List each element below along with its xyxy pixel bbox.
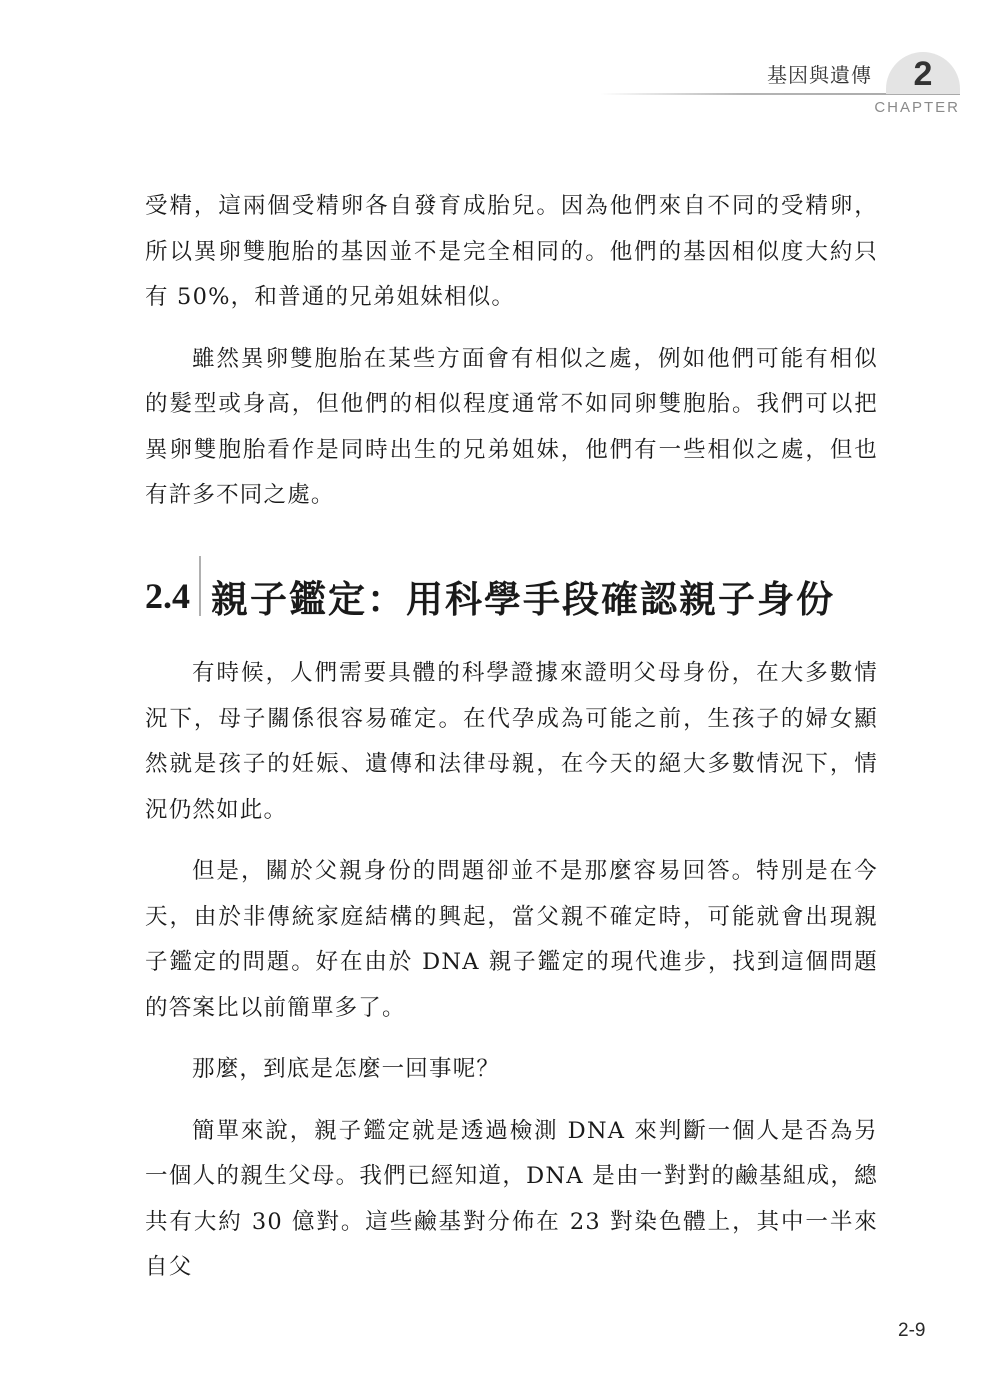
section-title: 親子鑑定：用科學手段確認親子身份 [211, 569, 835, 623]
paragraph: 受精，這兩個受精卵各自發育成胎兒。因為他們來自不同的受精卵，所以異卵雙胞胎的基因… [145, 184, 878, 321]
paragraph: 但是，關於父親身份的問題卻並不是那麼容易回答。特別是在今天，由於非傳統家庭結構的… [145, 849, 878, 1031]
section-divider [199, 556, 201, 616]
paragraph-spacer [145, 321, 878, 337]
page-number: 2-9 [898, 1320, 925, 1342]
section-heading: 2.4 親子鑑定：用科學手段確認親子身份 [145, 566, 835, 626]
paragraph: 雖然異卵雙胞胎在某些方面會有相似之處，例如他們可能有相似的髮型或身高，但他們的相… [145, 337, 878, 519]
paragraph: 那麼，到底是怎麼一回事呢？ [145, 1047, 878, 1093]
chapter-label: CHAPTER [874, 99, 960, 117]
chapter-number: 2 [886, 54, 960, 94]
paragraph: 有時候，人們需要具體的科學證據來證明父母身份，在大多數情況下，母子關係很容易確定… [145, 651, 878, 833]
section-number: 2.4 [145, 575, 190, 617]
running-header: 2 基因與遺傳 CHAPTER [0, 0, 1000, 130]
paragraph-spacer [145, 1093, 878, 1109]
body-text-section: 有時候，人們需要具體的科學證據來證明父母身份，在大多數情況下，母子關係很容易確定… [145, 651, 878, 1291]
paragraph: 簡單來說，親子鑑定就是透過檢測 DNA 來判斷一個人是否為另一個人的親生父母。我… [145, 1109, 878, 1291]
paragraph-spacer [145, 833, 878, 849]
body-text-top: 受精，這兩個受精卵各自發育成胎兒。因為他們來自不同的受精卵，所以異卵雙胞胎的基因… [145, 184, 878, 519]
paragraph-spacer [145, 1031, 878, 1047]
chapter-title: 基因與遺傳 [767, 62, 872, 88]
